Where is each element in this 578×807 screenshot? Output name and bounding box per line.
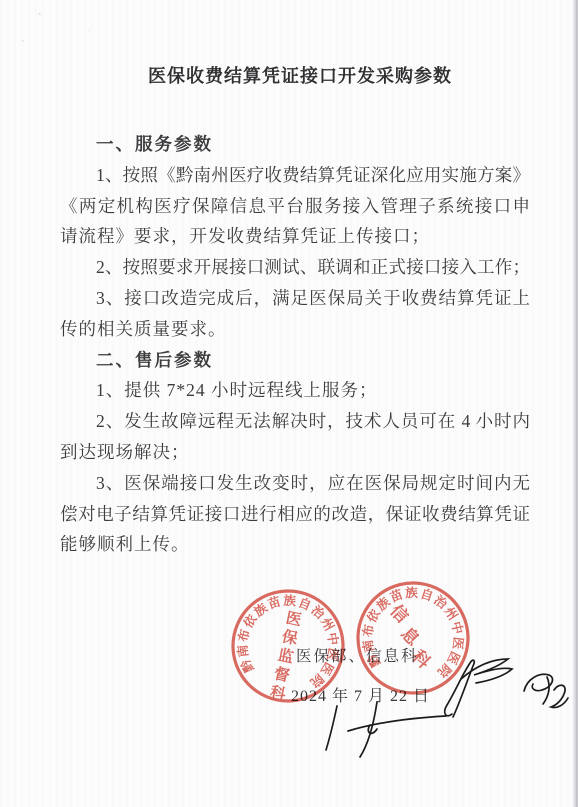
- document-body: 一、服务参数 1、按照《黔南州医疗收费结算凭证深化应用实施方案》 《两定机构医疗…: [60, 129, 530, 560]
- svg-text:自: 自: [296, 594, 313, 613]
- scan-speck: [88, 30, 90, 31]
- section-heading-aftersale: 二、售后参数: [60, 345, 530, 376]
- svg-text:州: 州: [318, 615, 336, 633]
- svg-text:信: 信: [386, 600, 412, 626]
- svg-text:督: 督: [272, 664, 291, 685]
- svg-text:族: 族: [373, 594, 393, 614]
- handwritten-signature-3: [326, 702, 446, 757]
- svg-text:医: 医: [450, 636, 466, 651]
- paragraph-line: 传的相关质量要求。: [60, 314, 530, 345]
- svg-text:治: 治: [309, 602, 329, 622]
- paragraph-line: 到达现场解决；: [60, 437, 530, 468]
- svg-text:自: 自: [419, 586, 436, 604]
- handwritten-signature-2: [524, 674, 568, 707]
- svg-text:监: 监: [276, 645, 296, 667]
- svg-text:医: 医: [284, 609, 303, 630]
- signoff-date: 2024 年 7 月 22 日: [291, 683, 430, 706]
- svg-text:依: 依: [364, 606, 383, 625]
- svg-text:医: 医: [444, 649, 463, 667]
- paragraph-line: 1、按照《黔南州医疗收费结算凭证深化应用实施方案》: [60, 160, 530, 191]
- svg-text:中: 中: [449, 620, 467, 636]
- paragraph-line: 偿对电子结算凭证接口进行相应的改造，保证收费结算凭证: [60, 499, 530, 530]
- svg-text:族: 族: [405, 585, 418, 600]
- svg-text:黔: 黔: [237, 657, 257, 676]
- handwritten-signature-1: [445, 659, 512, 717]
- paragraph-line: 1、提供 7*24 小时远程线上服务；: [60, 375, 530, 406]
- svg-text:州: 州: [442, 605, 461, 623]
- paragraph-line: 2、按照要求开展接口测试、联调和正式接口接入工作；: [60, 252, 530, 283]
- scan-edge-shadow: [572, 0, 578, 807]
- svg-text:族: 族: [283, 593, 297, 608]
- scanned-document-page: { "document": { "title": "医保收费结算凭证接口开发采购…: [0, 0, 578, 807]
- section-heading-service: 一、服务参数: [60, 129, 530, 160]
- paragraph-line: 请流程》要求，开发收费结算凭证上传接口；: [60, 221, 530, 252]
- svg-text:苗: 苗: [266, 593, 283, 611]
- signoff-department: 医保部、信息科: [296, 644, 419, 666]
- svg-text:南: 南: [235, 643, 251, 658]
- paragraph-line: 能够顺利上传。: [60, 529, 530, 560]
- svg-text:族: 族: [251, 600, 270, 620]
- svg-text:布: 布: [360, 623, 377, 638]
- paragraph-line: 3、医保端接口发生改变时，应在医保局规定时间内无: [60, 468, 530, 499]
- svg-text:院: 院: [435, 661, 455, 681]
- svg-text:布: 布: [235, 627, 253, 643]
- svg-text:苗: 苗: [388, 586, 406, 605]
- scan-speck: [38, 13, 41, 15]
- svg-text:依: 依: [240, 611, 260, 630]
- paragraph-line: 2、发生故障远程无法解决时，技术人员可在 4 小时内: [60, 406, 530, 437]
- svg-text:科: 科: [268, 682, 288, 704]
- paragraph-line: 3、接口改造完成后，满足医保局关于收费结算凭证上: [60, 283, 530, 314]
- paragraph-line: 《两定机构医疗保障信息平台服务接入管理子系统接口申: [60, 191, 530, 222]
- document-title: 医保收费结算凭证接口开发采购参数: [22, 62, 578, 88]
- svg-text:治: 治: [431, 592, 450, 612]
- scan-speck: [22, 40, 24, 42]
